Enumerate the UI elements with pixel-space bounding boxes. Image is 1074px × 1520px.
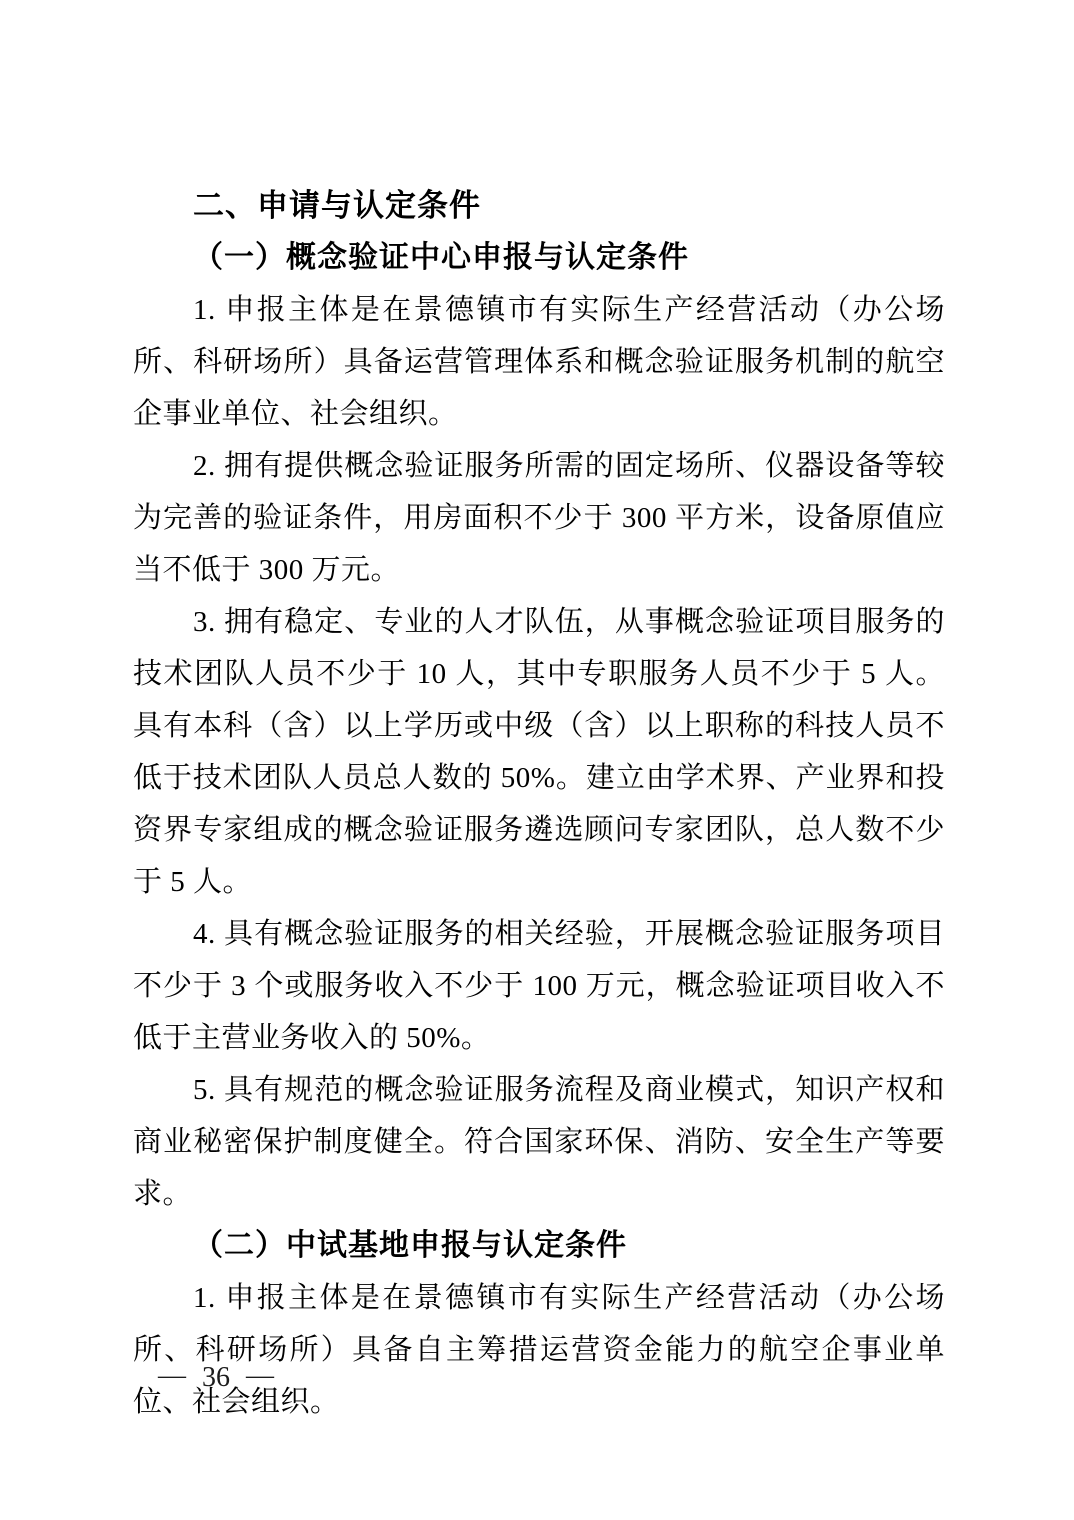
page-number-footer: — 36 —	[158, 1352, 274, 1404]
subsection-1-heading: （一）概念验证中心申报与认定条件	[133, 232, 945, 284]
document-body: 二、申请与认定条件 （一）概念验证中心申报与认定条件 1. 申报主体是在景德镇市…	[133, 180, 945, 1428]
subsection-1-paragraph-2: 2. 拥有提供概念验证服务所需的固定场所、仪器设备等较为完善的验证条件，用房面积…	[133, 440, 945, 596]
footer-right-dash: —	[246, 1360, 274, 1392]
subsection-2-paragraph-1: 1. 申报主体是在景德镇市有实际生产经营活动（办公场所、科研场所）具备自主筹措运…	[133, 1272, 945, 1428]
page-number: 36	[202, 1362, 230, 1394]
subsection-1-paragraph-5: 5. 具有规范的概念验证服务流程及商业模式，知识产权和商业秘密保护制度健全。符合…	[133, 1064, 945, 1220]
subsection-2-heading: （二）中试基地申报与认定条件	[133, 1220, 945, 1272]
subsection-1-paragraph-4: 4. 具有概念验证服务的相关经验，开展概念验证服务项目不少于 3 个或服务收入不…	[133, 908, 945, 1064]
footer-left-dash: —	[158, 1360, 186, 1392]
subsection-1-paragraph-3: 3. 拥有稳定、专业的人才队伍，从事概念验证项目服务的技术团队人员不少于 10 …	[133, 596, 945, 908]
document-page: 二、申请与认定条件 （一）概念验证中心申报与认定条件 1. 申报主体是在景德镇市…	[0, 0, 1074, 1520]
subsection-1-paragraph-1: 1. 申报主体是在景德镇市有实际生产经营活动（办公场所、科研场所）具备运营管理体…	[133, 284, 945, 440]
section-heading: 二、申请与认定条件	[133, 180, 945, 232]
